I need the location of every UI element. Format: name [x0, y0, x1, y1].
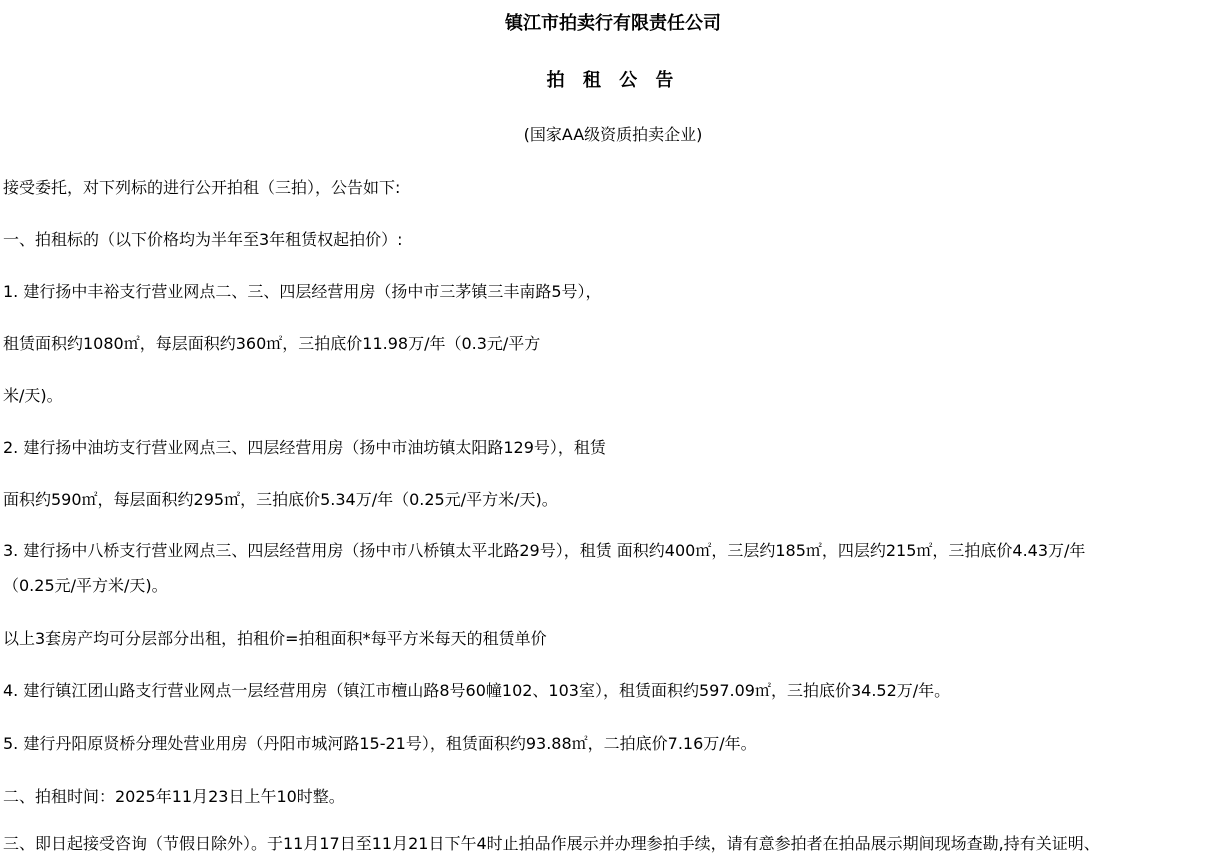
partial-rent-note: 以上3套房产均可分层部分出租，拍租价=拍租面积*每平方米每天的租赁单价 [3, 628, 547, 650]
section-1-heading: 一、拍租标的（以下价格均为半年至3年租赁权起拍价）: [3, 229, 403, 251]
item-3-line-2: （0.25元/平方米/天)。 [3, 575, 168, 597]
item-1-line-2: 租赁面积约1080㎡，每层面积约360㎡，三拍底价11.98万/年（0.3元/平… [3, 333, 540, 355]
item-3-line-1: 3. 建行扬中八桥支行营业网点三、四层经营用房（扬中市八桥镇太平北路29号），租… [3, 540, 1085, 562]
item-1-line-3: 米/天)。 [3, 385, 63, 407]
item-1-line-1: 1. 建行扬中丰裕支行营业网点二、三、四层经营用房（扬中市三茅镇三丰南路5号）， [3, 281, 602, 303]
announcement-page: 镇江市拍卖行有限责任公司 拍 租 公 告 (国家AA级资质拍卖企业) 接受委托，… [0, 0, 1218, 857]
item-2-line-1: 2. 建行扬中油坊支行营业网点三、四层经营用房（扬中市油坊镇太阳路129号），租… [3, 437, 606, 459]
item-4-line-1: 4. 建行镇江团山路支行营业网点一层经营用房（镇江市檀山路8号60幢102、10… [3, 680, 950, 702]
item-2-line-2: 面积约590㎡，每层面积约295㎡，三拍底价5.34万/年（0.25元/平方米/… [3, 489, 558, 511]
intro-text: 接受委托，对下列标的进行公开拍租（三拍），公告如下: [3, 177, 400, 199]
page-title: 拍 租 公 告 [0, 70, 1218, 92]
section-2-auction-time: 二、拍租时间：2025年11月23日上午10时整。 [3, 786, 345, 808]
qualification-subtitle: (国家AA级资质拍卖企业) [0, 124, 1218, 146]
item-5-line-1: 5. 建行丹阳原贤桥分理处营业用房（丹阳市城河路15-21号），租赁面积约93.… [3, 733, 757, 755]
company-name: 镇江市拍卖行有限责任公司 [0, 13, 1218, 35]
section-3-consultation: 三、即日起接受咨询（节假日除外）。于11月17日至11月21日下午4时止拍品作展… [3, 833, 1100, 855]
